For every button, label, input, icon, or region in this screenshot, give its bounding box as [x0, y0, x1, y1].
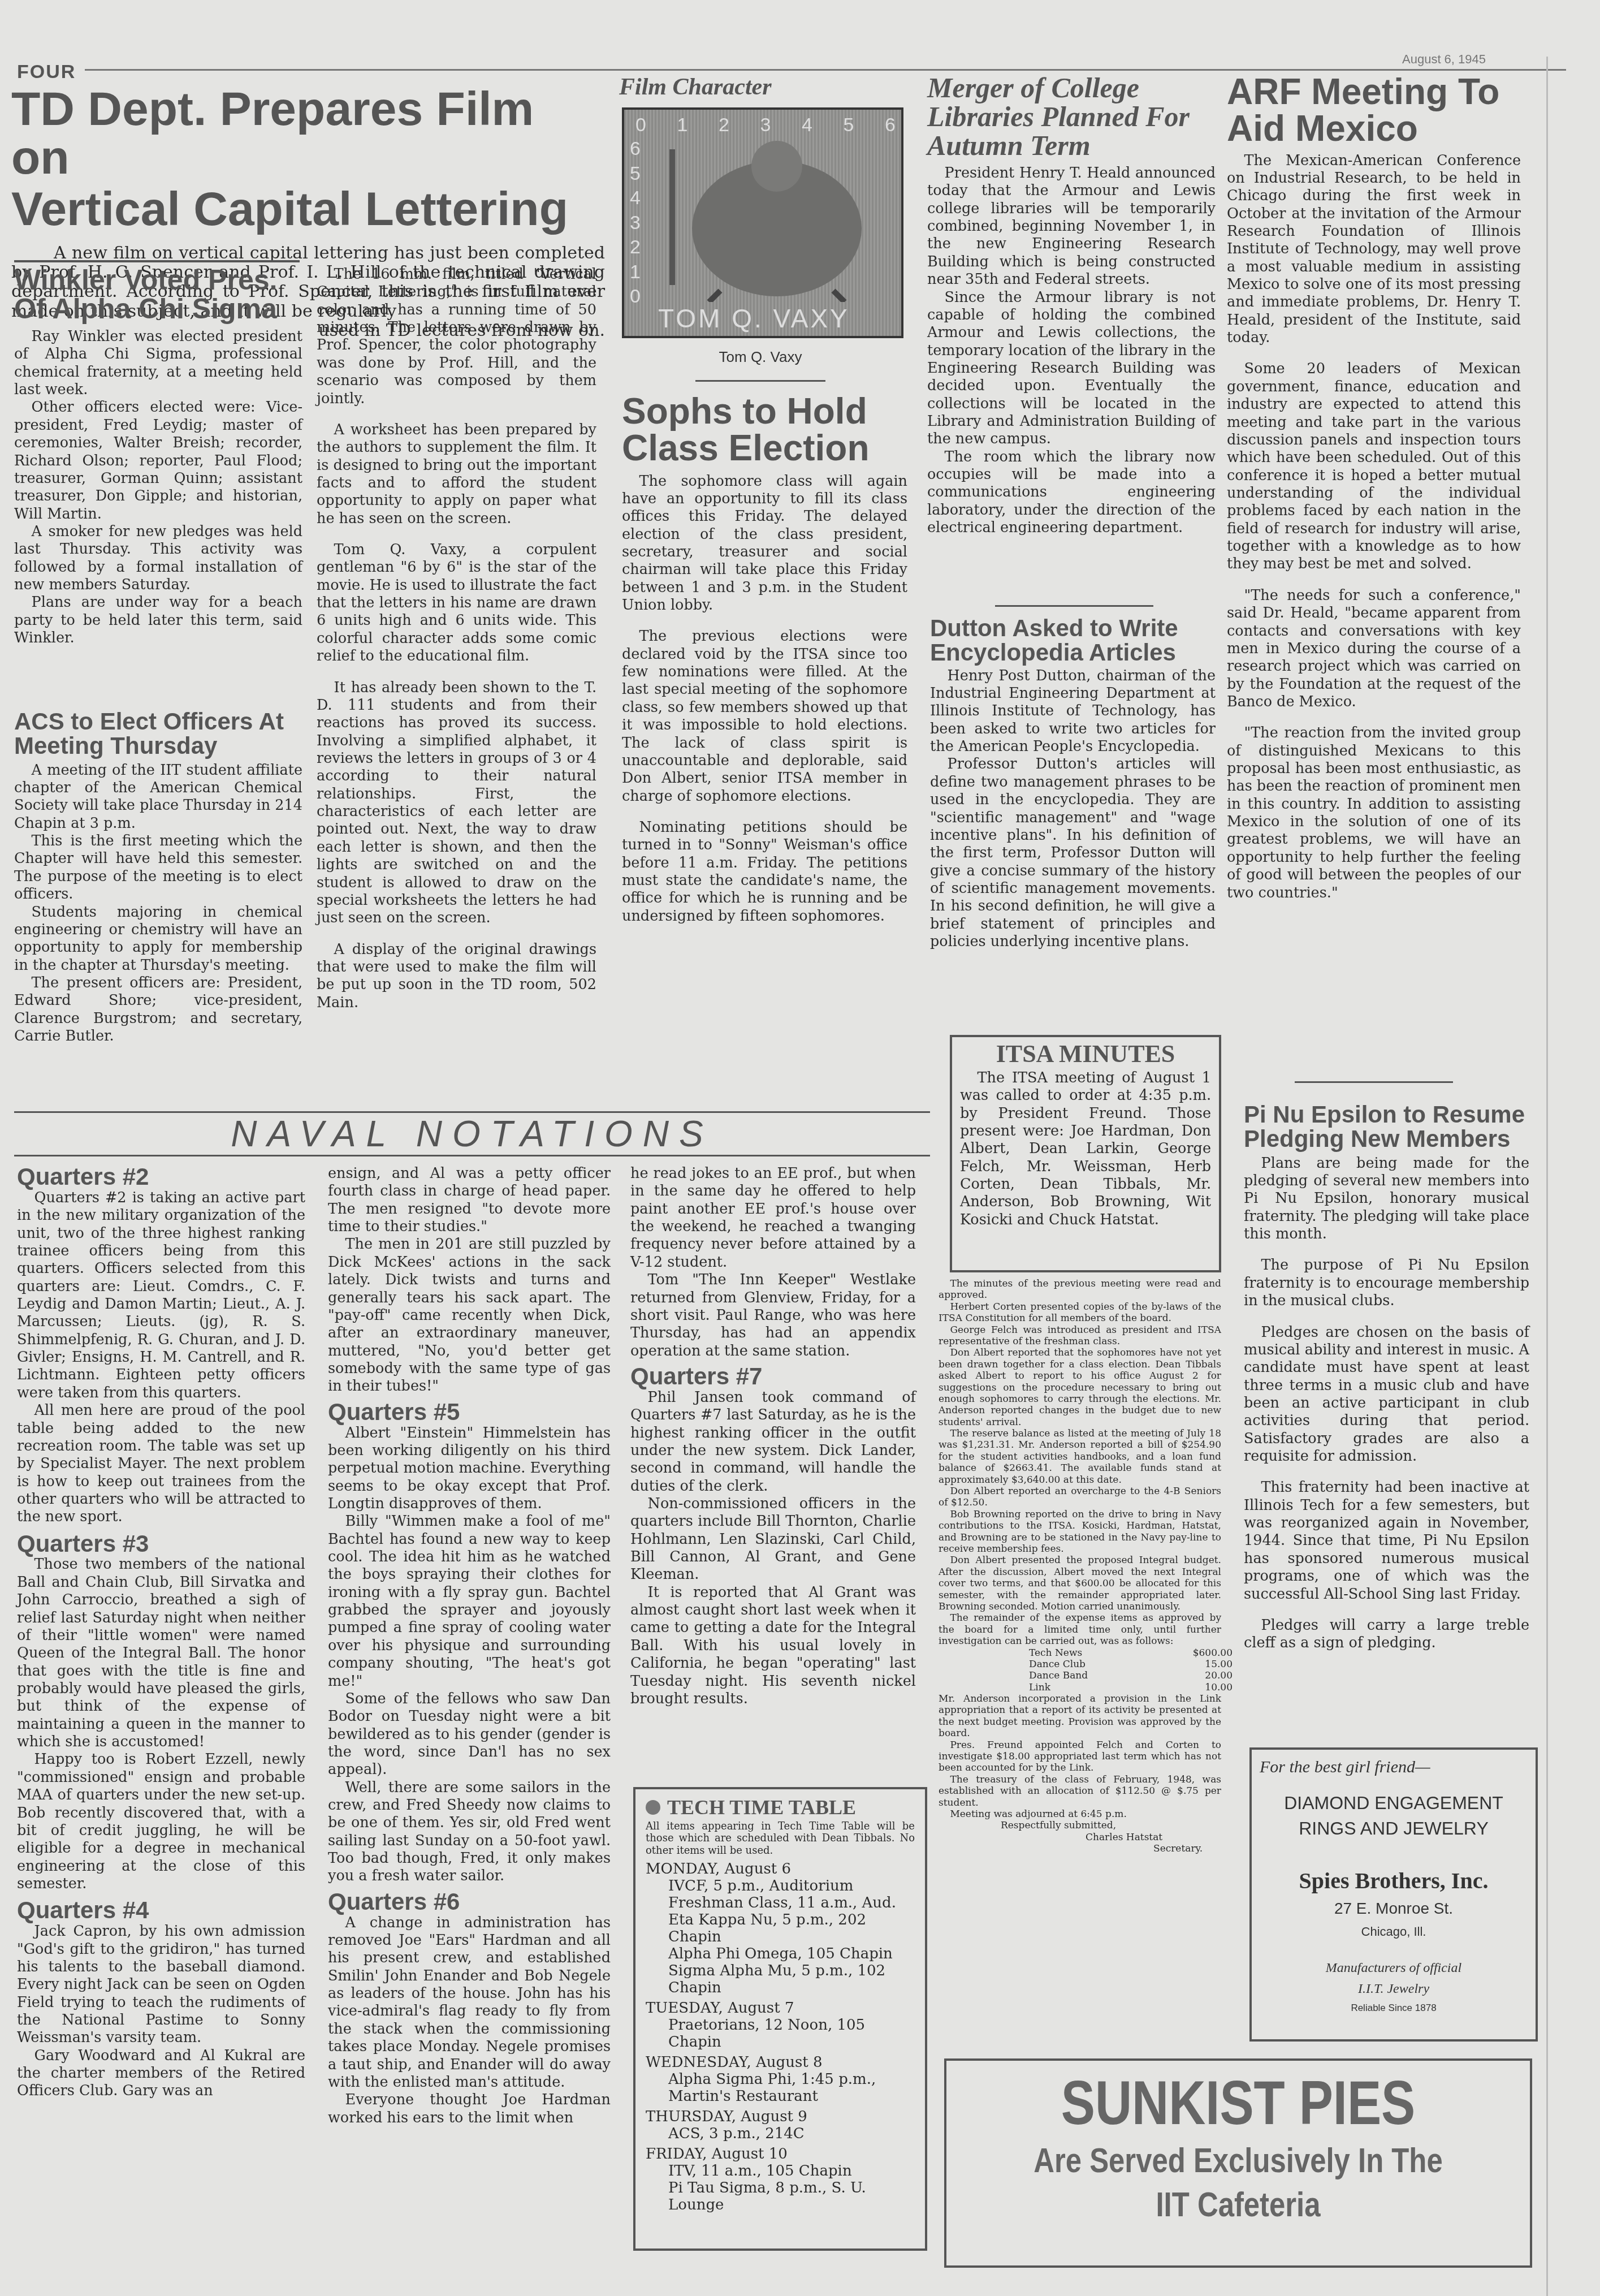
ad-sunkist-title: SUNKIST PIES: [999, 2072, 1477, 2134]
libraries-p2: Since the Armour library is not capable …: [927, 289, 1216, 448]
timetable-day: TUESDAY, August 7 Praetorians, 12 Noon, …: [646, 2000, 915, 2051]
ad-mfr-line-2: I.I.T. Jewelry: [1260, 1982, 1528, 1997]
quarters-6-headline: Quarters #6: [328, 1890, 611, 1914]
winkler-p4: Plans are under way for a beach party to…: [14, 594, 302, 647]
winkler-story: Winkler Voted Pres. Of Alpha Chi Sigma R…: [14, 266, 302, 647]
grid-num: 0: [635, 114, 646, 136]
lead-body-p1: The 16 mm. film, titled "Vertical Capita…: [317, 266, 596, 408]
pinu-p5: Pledges will carry a large treble cleff …: [1244, 1617, 1529, 1652]
naval-column-3: he read jokes to an EE prof., but when i…: [630, 1165, 916, 1708]
arf-headline: ARF Meeting To Aid Mexico: [1227, 74, 1521, 148]
ad-address: 27 E. Monroe St.: [1260, 1900, 1528, 1918]
event-item: ACS, 3 p.m., 214C: [646, 2125, 915, 2142]
sophs-headline: Sophs to Hold Class Election: [622, 393, 907, 467]
event-item: Sigma Alpha Mu, 5 p.m., 102 Chapin: [646, 1962, 915, 1996]
itsa-p10: Mr. Anderson incorporated a provision in…: [939, 1693, 1221, 1740]
day-label: THURSDAY, August 9: [646, 2108, 915, 2125]
pinu-p4: This fraternity had been inactive at Ill…: [1244, 1479, 1529, 1603]
dutton-p1: Henry Post Dutton, chairman of the Indus…: [930, 667, 1216, 756]
quarters-7-p1: Phil Jansen took command of Quarters #7 …: [630, 1389, 916, 1495]
sophs-p3: Nominating petitions should be turned in…: [622, 819, 907, 925]
libraries-p1: President Henry T. Heald announced today…: [927, 165, 1216, 289]
itsa-title: ITSA MINUTES: [960, 1042, 1211, 1067]
event-item: Eta Kappa Nu, 5 p.m., 202 Chapin: [646, 1911, 915, 1945]
timetable-day: WEDNESDAY, August 8 Alpha Sigma Phi, 1:4…: [646, 2054, 915, 2105]
grid-num: 5: [630, 163, 641, 185]
lead-divider: [14, 260, 300, 262]
arf-divider: [1295, 1081, 1453, 1083]
itsa-minutes-body: The minutes of the previous meeting were…: [939, 1278, 1221, 1855]
arf-p3: "The needs for such a conference," said …: [1227, 587, 1521, 711]
event-item: Alpha Phi Omega, 105 Chapin: [646, 1945, 915, 1962]
naval-col3-p1: he read jokes to an EE prof., but when i…: [630, 1165, 916, 1271]
budget-amount: 10.00: [1205, 1682, 1233, 1693]
event-item: Freshman Class, 11 a.m., Aud.: [646, 1894, 915, 1911]
itsa-intro: The ITSA meeting of August 1 was called …: [960, 1069, 1211, 1229]
bullet-icon: [646, 1800, 660, 1815]
lead-body-p4: It has already been shown to the T. D. 1…: [317, 679, 596, 927]
quarters-3-headline: Quarters #3: [17, 1532, 305, 1556]
naval-col2-p2: The men in 201 are still puzzled by Dick…: [328, 1236, 611, 1395]
itsa-signer-title: Secretary.: [939, 1843, 1221, 1854]
itsa-p11: Pres. Freund appointed Felch and Corten …: [939, 1740, 1221, 1774]
itsa-signoff: Respectfully submitted,: [939, 1820, 1221, 1831]
budget-row: Dance Band20.00: [1029, 1670, 1233, 1681]
quarters-6-p1: A change in administration has removed J…: [328, 1914, 611, 2092]
quarters-5-p4: Well, there are some sailors in the crew…: [328, 1779, 611, 1885]
timetable-day: FRIDAY, August 10 ITV, 11 a.m., 105 Chap…: [646, 2146, 915, 2213]
grid-num: 0: [630, 286, 641, 308]
event-item: Praetorians, 12 Noon, 105 Chapin: [646, 2017, 915, 2051]
libraries-p3: The room which the library now occupies …: [927, 448, 1216, 537]
arf-p1: The Mexican-American Conference on Indus…: [1227, 152, 1521, 347]
timetable-day: MONDAY, August 6 IVCF, 5 p.m., Auditoriu…: [646, 1861, 915, 1996]
ad-city: Chicago, Ill.: [1260, 1924, 1528, 1939]
winkler-p2: Other officers elected were: Vice-presid…: [14, 399, 302, 523]
pinu-p2: The purpose of Pi Nu Epsilon fraternity …: [1244, 1257, 1529, 1310]
quarters-4-headline: Quarters #4: [17, 1898, 305, 1923]
sophs-p1: The sophomore class will again have an o…: [622, 473, 907, 615]
pinu-p3: Pledges are chosen on the basis of music…: [1244, 1324, 1529, 1466]
tech-time-table-box: TECH TIME TABLE All items appearing in T…: [633, 1787, 927, 2251]
budget-item: Tech News: [1029, 1647, 1082, 1659]
timetable-title: TECH TIME TABLE: [667, 1797, 856, 1818]
grid-num: 6: [630, 138, 641, 160]
ad-tagline: For the best girl friend—: [1260, 1758, 1528, 1777]
illustration-name: TOM Q. VAXY: [658, 303, 850, 334]
itsa-p5: The reserve balance as listed at the mee…: [939, 1428, 1221, 1486]
budget-item: Link: [1029, 1682, 1050, 1693]
itsa-budget-table: Tech News$600.00 Dance Club15.00 Dance B…: [939, 1647, 1221, 1694]
page-folio: FOUR: [17, 61, 76, 83]
grid-num: 3: [630, 212, 641, 234]
quarters-2-p1: Quarters #2 is taking an active part in …: [17, 1189, 305, 1402]
dutton-headline: Dutton Asked to Write Encyclopedia Artic…: [930, 616, 1216, 665]
quarters-2-headline: Quarters #2: [17, 1165, 305, 1189]
tom-q-vaxy-illustration: 0 1 2 3 4 5 6 6 5 4 3 2 1 0 TOM Q. VAXY: [622, 107, 903, 338]
day-label: TUESDAY, August 7: [646, 2000, 915, 2017]
libraries-headline: Merger of College Libraries Planned For …: [927, 74, 1216, 160]
dutton-story: Dutton Asked to Write Encyclopedia Artic…: [930, 616, 1216, 951]
lead-headline-line2: Vertical Capital Lettering: [11, 185, 605, 234]
quarters-4-p1: Jack Capron, by his own admission "God's…: [17, 1923, 305, 2047]
itsa-p4: Don Albert reported that the sophomores …: [939, 1347, 1221, 1428]
budget-amount: $600.00: [1193, 1647, 1233, 1659]
ad-mfr-line-1: Manufacturers of official: [1260, 1961, 1528, 1976]
quarters-5-headline: Quarters #5: [328, 1400, 611, 1425]
timetable-day: THURSDAY, August 9 ACS, 3 p.m., 214C: [646, 2108, 915, 2142]
timetable-note: All items appearing in Tech Time Table w…: [646, 1820, 915, 1857]
pinu-p1: Plans are being made for the pledging of…: [1244, 1155, 1529, 1244]
ad-company: Spies Brothers, Inc.: [1260, 1867, 1528, 1894]
lead-body-p3: Tom Q. Vaxy, a corpulent gentleman "6 by…: [317, 541, 596, 666]
itsa-p13: Meeting was adjourned at 6:45 p.m.: [939, 1809, 1221, 1820]
itsa-p7: Bob Browning reported on the drive to br…: [939, 1509, 1221, 1555]
acs-p2: This is the first meeting which the Chap…: [14, 832, 302, 903]
quarters-2-p2: All men here are proud of the pool table…: [17, 1402, 305, 1526]
itsa-p2: Herbert Corten presented copies of the b…: [939, 1301, 1221, 1324]
quarters-5-p1: Albert "Einstein" Himmelstein has been w…: [328, 1425, 611, 1513]
day-label: MONDAY, August 6: [646, 1861, 915, 1878]
acs-p1: A meeting of the IIT student affiliate c…: [14, 762, 302, 832]
spies-brothers-ad: For the best girl friend— DIAMOND ENGAGE…: [1249, 1747, 1538, 2042]
arf-p4: "The reaction from the invited group of …: [1227, 724, 1521, 902]
budget-item: Dance Band: [1029, 1670, 1088, 1681]
grid-num: 1: [630, 261, 641, 283]
quarters-7-p3: It is reported that Al Grant was almost …: [630, 1584, 916, 1708]
sophs-p2: The previous elections were declared voi…: [622, 628, 907, 805]
naval-notations-banner: NAVAL NOTATIONS: [14, 1113, 930, 1155]
day-label: FRIDAY, August 10: [646, 2146, 915, 2163]
lead-body-p2: A worksheet has been prepared by the aut…: [317, 421, 596, 528]
lead-body-p5: A display of the original drawings that …: [317, 941, 596, 1012]
ad-line-1: DIAMOND ENGAGEMENT: [1260, 1793, 1528, 1814]
acs-p3: Students majoring in chemical engineerin…: [14, 904, 302, 974]
budget-item: Dance Club: [1029, 1659, 1086, 1670]
grid-num: 4: [630, 187, 641, 209]
itsa-p9: The remainder of the expense items as ap…: [939, 1612, 1221, 1647]
event-item: Alpha Sigma Phi, 1:45 p.m., Martin's Res…: [646, 2071, 915, 2105]
ad-since: Reliable Since 1878: [1260, 2002, 1528, 2014]
quarters-7-headline: Quarters #7: [630, 1365, 916, 1389]
ad-line-2: RINGS AND JEWELRY: [1260, 1818, 1528, 1839]
day-label: WEDNESDAY, August 8: [646, 2054, 915, 2071]
winkler-p1: Ray Winkler was elected president of Alp…: [14, 328, 302, 399]
quarters-5-p2: Billy "Wimmen make a fool of me" Bachtel…: [328, 1513, 611, 1690]
page-edge-rule: [1546, 57, 1548, 2296]
cartoon-figure-icon: [658, 132, 890, 302]
ad-sunkist-line-2: Are Served Exclusively In The: [999, 2143, 1477, 2178]
film-character-kicker: Film Character: [619, 74, 772, 101]
grid-num: 2: [630, 236, 641, 258]
libraries-story: Merger of College Libraries Planned For …: [927, 74, 1216, 537]
grid-side-numbers: 6 5 4 3 2 1 0: [630, 138, 641, 308]
arf-story: ARF Meeting To Aid Mexico The Mexican-Am…: [1227, 74, 1521, 902]
itsa-p12: The treasury of the class of February, 1…: [939, 1774, 1221, 1809]
event-item: Pi Tau Sigma, 8 p.m., S. U. Lounge: [646, 2180, 915, 2213]
itsa-p8: Don Albert presented the proposed Integr…: [939, 1555, 1221, 1612]
quarters-5-p3: Some of the fellows who saw Dan Bodor on…: [328, 1690, 611, 1779]
lead-headline-line1: TD Dept. Prepares Film on: [11, 85, 605, 182]
itsa-signer: Charles Hatstat: [939, 1832, 1221, 1843]
naval-column-1: Quarters #2 Quarters #2 is taking an act…: [17, 1165, 305, 2100]
pi-nu-epsilon-story: Pi Nu Epsilon to Resume Pledging New Mem…: [1244, 1103, 1529, 1652]
winkler-headline: Winkler Voted Pres. Of Alpha Chi Sigma: [14, 266, 302, 323]
caption-divider: [695, 380, 825, 382]
itsa-p1: The minutes of the previous meeting were…: [939, 1278, 1221, 1301]
naval-col2-p1: ensign, and Al was a petty officer fourt…: [328, 1165, 611, 1236]
quarters-7-p2: Non-commissioned officers in the quarter…: [630, 1495, 916, 1584]
event-item: ITV, 11 a.m., 105 Chapin: [646, 2163, 915, 2180]
ad-sunkist-line-3: IIT Cafeteria: [999, 2187, 1477, 2222]
quarters-3-p1: Those two members of the national Ball a…: [17, 1556, 305, 1751]
naval-column-2: ensign, and Al was a petty officer fourt…: [328, 1165, 611, 2127]
quarters-3-p2: Happy too is Robert Ezzell, newly "commi…: [17, 1751, 305, 1893]
pinu-headline: Pi Nu Epsilon to Resume Pledging New Mem…: [1244, 1103, 1529, 1151]
naval-col3-p2: Tom "The Inn Keeper" Westlake returned f…: [630, 1271, 916, 1360]
arf-p2: Some 20 leaders of Mexican government, f…: [1227, 360, 1521, 573]
budget-amount: 20.00: [1205, 1670, 1233, 1681]
acs-headline: ACS to Elect Officers At Meeting Thursda…: [14, 710, 302, 758]
itsa-p6: Don Albert reported an overcharge to the…: [939, 1486, 1221, 1509]
winkler-p3: A smoker for new pledges was held last T…: [14, 523, 302, 594]
photo-caption: Tom Q. Vaxy: [622, 348, 899, 366]
quarters-4-p2: Gary Woodward and Al Kukral are the char…: [17, 2047, 305, 2100]
event-item: IVCF, 5 p.m., Auditorium: [646, 1878, 915, 1894]
quarters-6-p2: Everyone thought Joe Hardman worked his …: [328, 2091, 611, 2127]
libraries-divider: [995, 605, 1153, 607]
naval-bottom-rule: [14, 1155, 930, 1156]
sophs-story: Sophs to Hold Class Election The sophomo…: [622, 393, 907, 925]
itsa-minutes-box: ITSA MINUTES The ITSA meeting of August …: [950, 1035, 1221, 1272]
acs-story: ACS to Elect Officers At Meeting Thursda…: [14, 710, 302, 1045]
itsa-p3: George Felch was introduced as president…: [939, 1324, 1221, 1348]
dutton-p2: Professor Dutton's articles will define …: [930, 756, 1216, 951]
budget-amount: 15.00: [1205, 1659, 1233, 1670]
lead-story-body: The 16 mm. film, titled "Vertical Capita…: [317, 266, 596, 1012]
sunkist-pies-ad: SUNKIST PIES Are Served Exclusively In T…: [944, 2058, 1532, 2268]
budget-row: Link10.00: [1029, 1682, 1233, 1693]
acs-p4: The present officers are: President, Edw…: [14, 974, 302, 1045]
budget-row: Tech News$600.00: [1029, 1647, 1233, 1659]
budget-row: Dance Club15.00: [1029, 1659, 1233, 1670]
dateline: August 6, 1945: [1402, 52, 1486, 67]
top-rule: [85, 69, 1566, 71]
